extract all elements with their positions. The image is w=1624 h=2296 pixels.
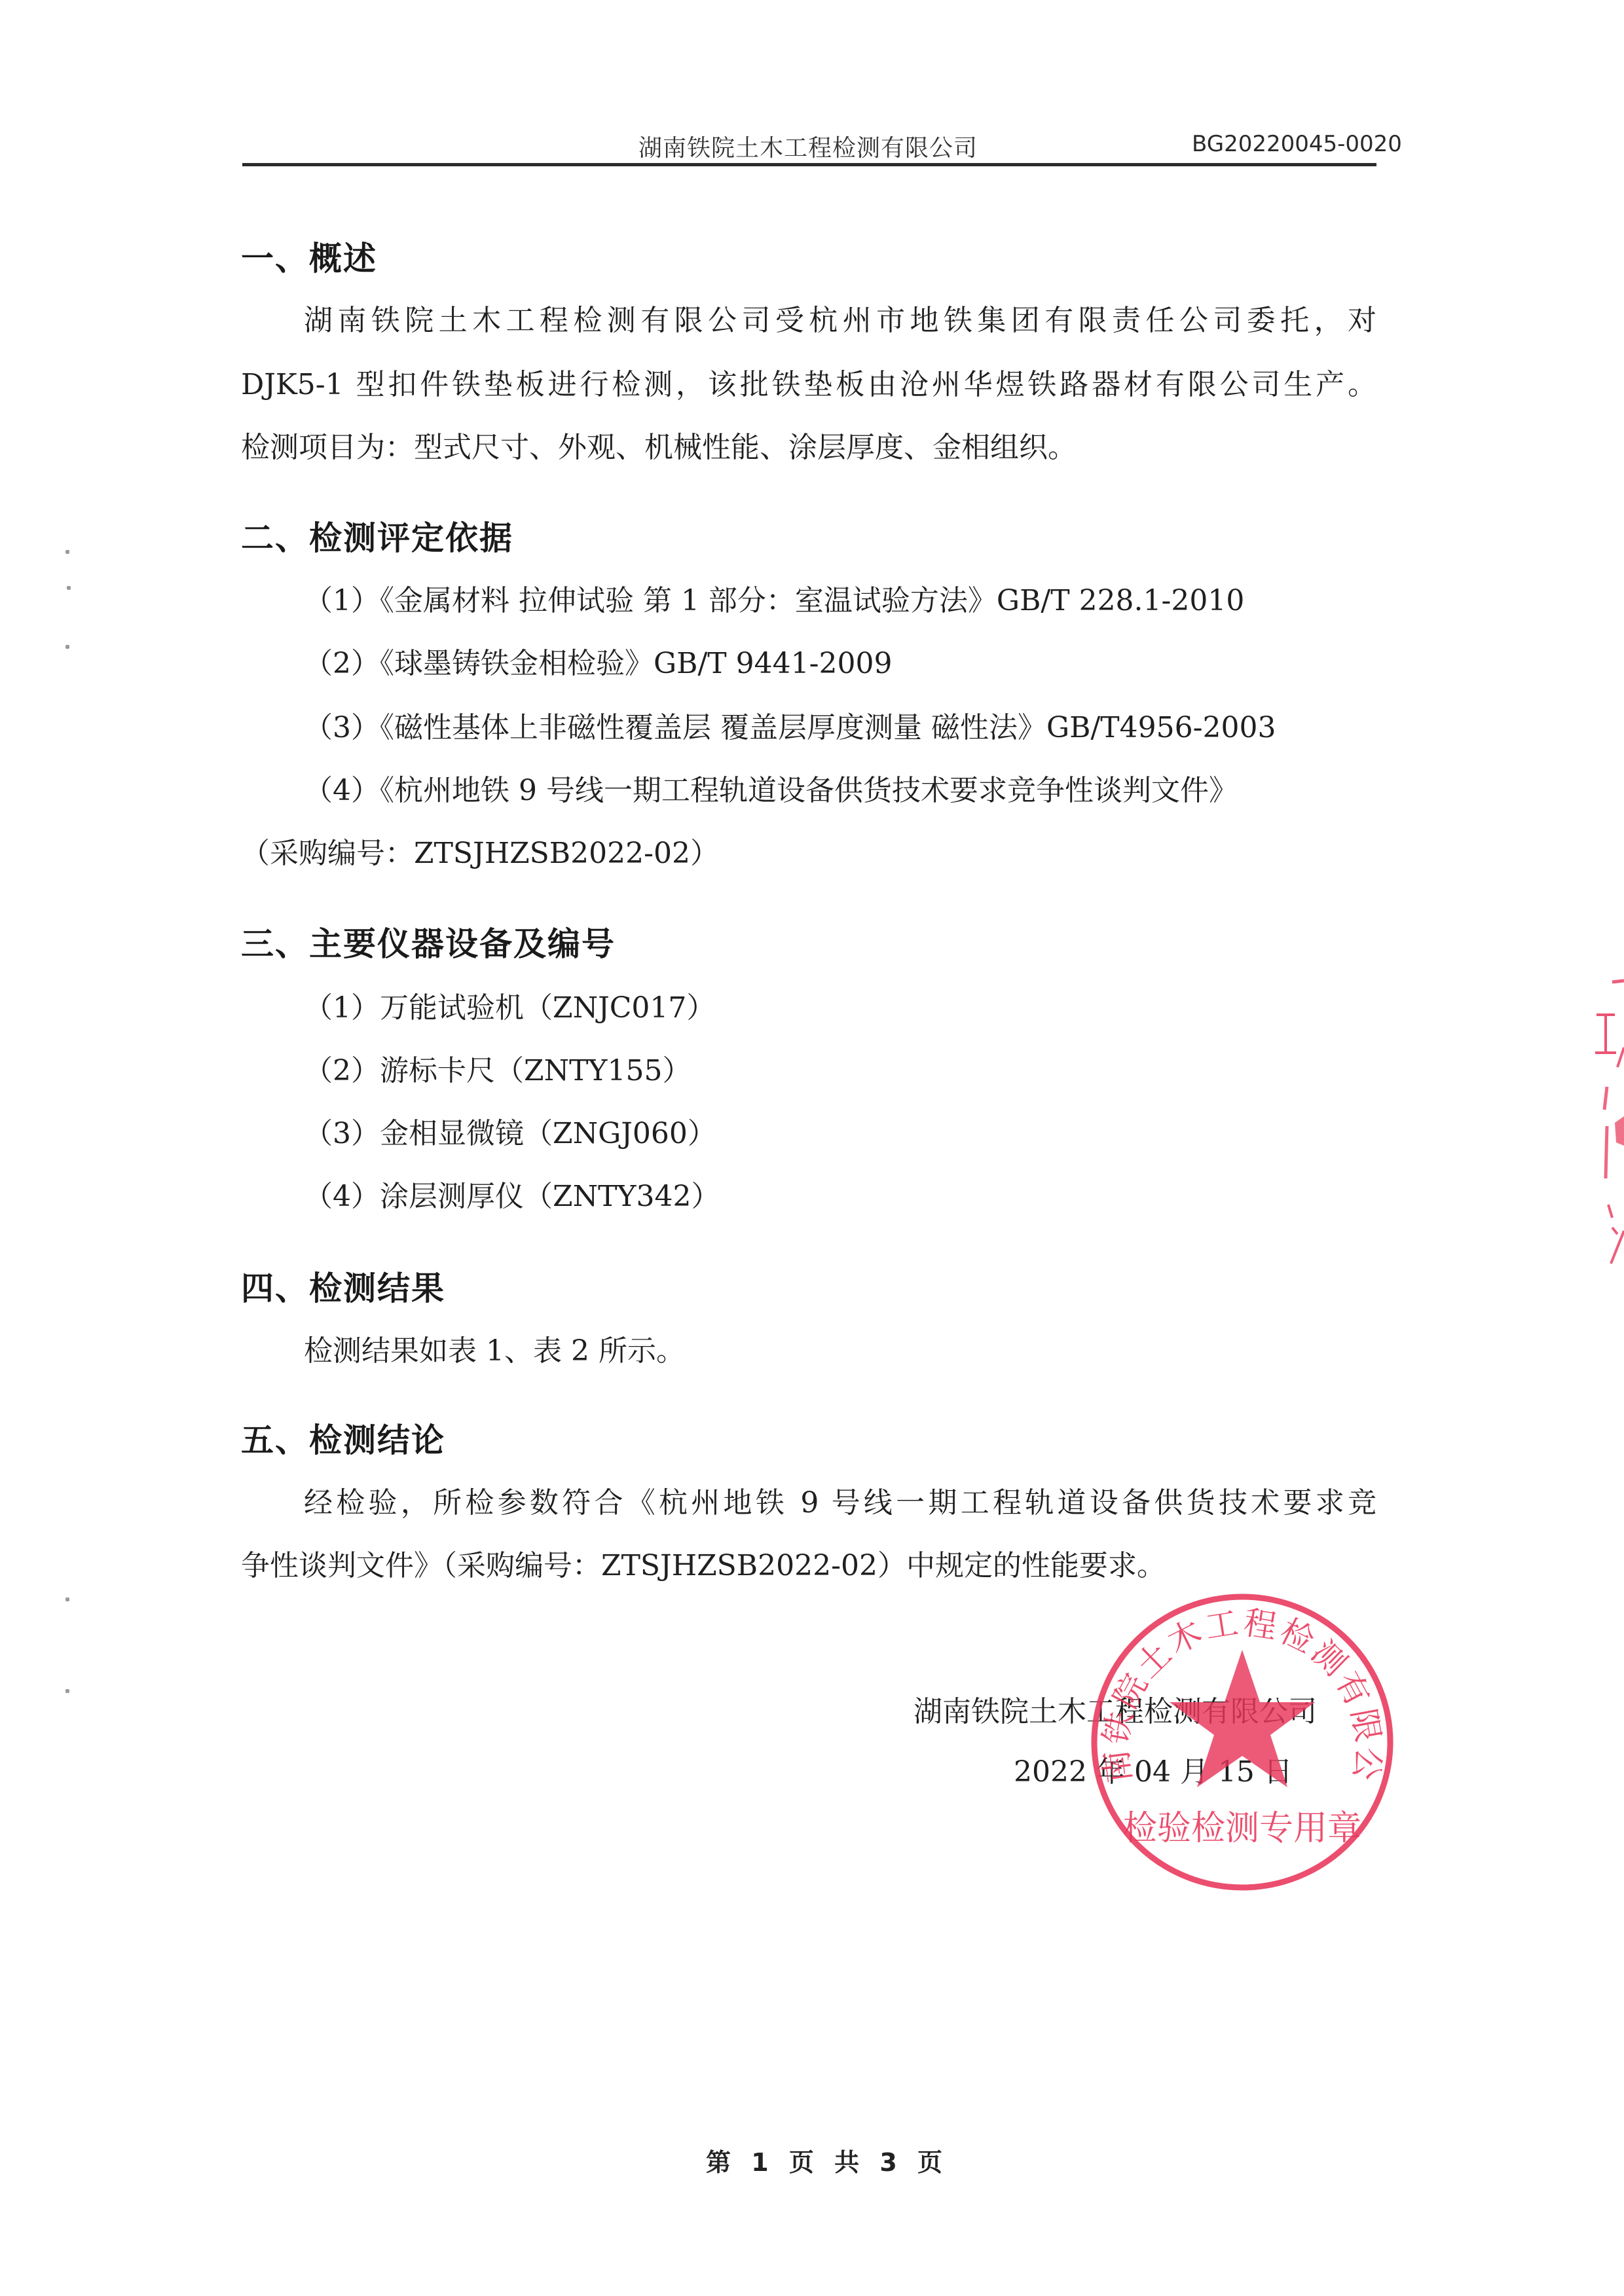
overview-line-3: 检测项目为：型式尺寸、外观、机械性能、涂层厚度、金相组织。 xyxy=(241,429,1077,466)
results-text: 检测结果如表 1、表 2 所示。 xyxy=(304,1333,685,1370)
equipment-item-3: （3）金相显微镜（ZNGJ060） xyxy=(304,1116,716,1152)
basis-item-2: （2）《球墨铸铁金相检验》GB/T 9441-2009 xyxy=(304,646,892,682)
equipment-item-1: （1）万能试验机（ZNJC017） xyxy=(304,990,715,1027)
section-title-overview: 一、概述 xyxy=(241,232,377,280)
header-company: 湖南铁院土木工程检测有限公司 xyxy=(638,130,978,163)
equipment-item-4: （4）涂层测厚仪（ZNTY342） xyxy=(304,1178,720,1215)
basis-item-1: （1）《金属材料 拉伸试验 第 1 部分：室温试验方法》GB/T 228.1-2… xyxy=(304,583,1244,619)
binding-mark xyxy=(65,1689,69,1693)
binding-mark xyxy=(67,586,71,590)
seam-seal-icon xyxy=(1583,975,1624,1283)
overview-line-2: DJK5-1 型扣件铁垫板进行检测，该批铁垫板由沧州华煜铁路器材有限公司生产。 xyxy=(241,367,1376,403)
section-title-conclusion: 五、检测结论 xyxy=(241,1414,445,1461)
section-title-basis: 二、检测评定依据 xyxy=(241,512,513,559)
binding-mark xyxy=(65,1597,69,1601)
conclusion-line-2: 争性谈判文件》（采购编号：ZTSJHZSB2022-02）中规定的性能要求。 xyxy=(241,1548,1166,1584)
report-page: 湖南铁院土木工程检测有限公司 BG20220045-0020 一、概述 湖南铁院… xyxy=(0,0,1624,2296)
basis-item-3: （3）《磁性基体上非磁性覆盖层 覆盖层厚度测量 磁性法》GB/T4956-200… xyxy=(304,710,1276,746)
equipment-item-2: （2）游标卡尺（ZNTY155） xyxy=(304,1053,691,1089)
conclusion-line-1: 经检验，所检参数符合《杭州地铁 9 号线一期工程轨道设备供货技术要求竞 xyxy=(304,1485,1376,1522)
basis-item-4-continuation: （采购编号：ZTSJHZSB2022-02） xyxy=(241,835,719,872)
overview-line-1: 湖南铁院土木工程检测有限公司受杭州市地铁集团有限责任公司委托，对 xyxy=(304,302,1376,339)
header-rule xyxy=(242,163,1376,166)
seal-bottom-text: 检验检测专用章 xyxy=(1123,1809,1361,1848)
header-report-code: BG20220045-0020 xyxy=(1192,131,1402,157)
basis-item-4: （4）《杭州地铁 9 号线一期工程轨道设备供货技术要求竞争性谈判文件》 xyxy=(304,773,1238,809)
section-title-results: 四、检测结果 xyxy=(241,1262,445,1309)
binding-mark xyxy=(65,645,69,649)
page-footer: 第 1 页 共 3 页 xyxy=(706,2142,942,2178)
official-seal-icon: 湖南铁院土木工程检测有限公司 检验检测专用章 xyxy=(1088,1591,1396,1893)
section-title-equipment: 三、主要仪器设备及编号 xyxy=(241,918,616,965)
binding-mark xyxy=(65,550,69,554)
